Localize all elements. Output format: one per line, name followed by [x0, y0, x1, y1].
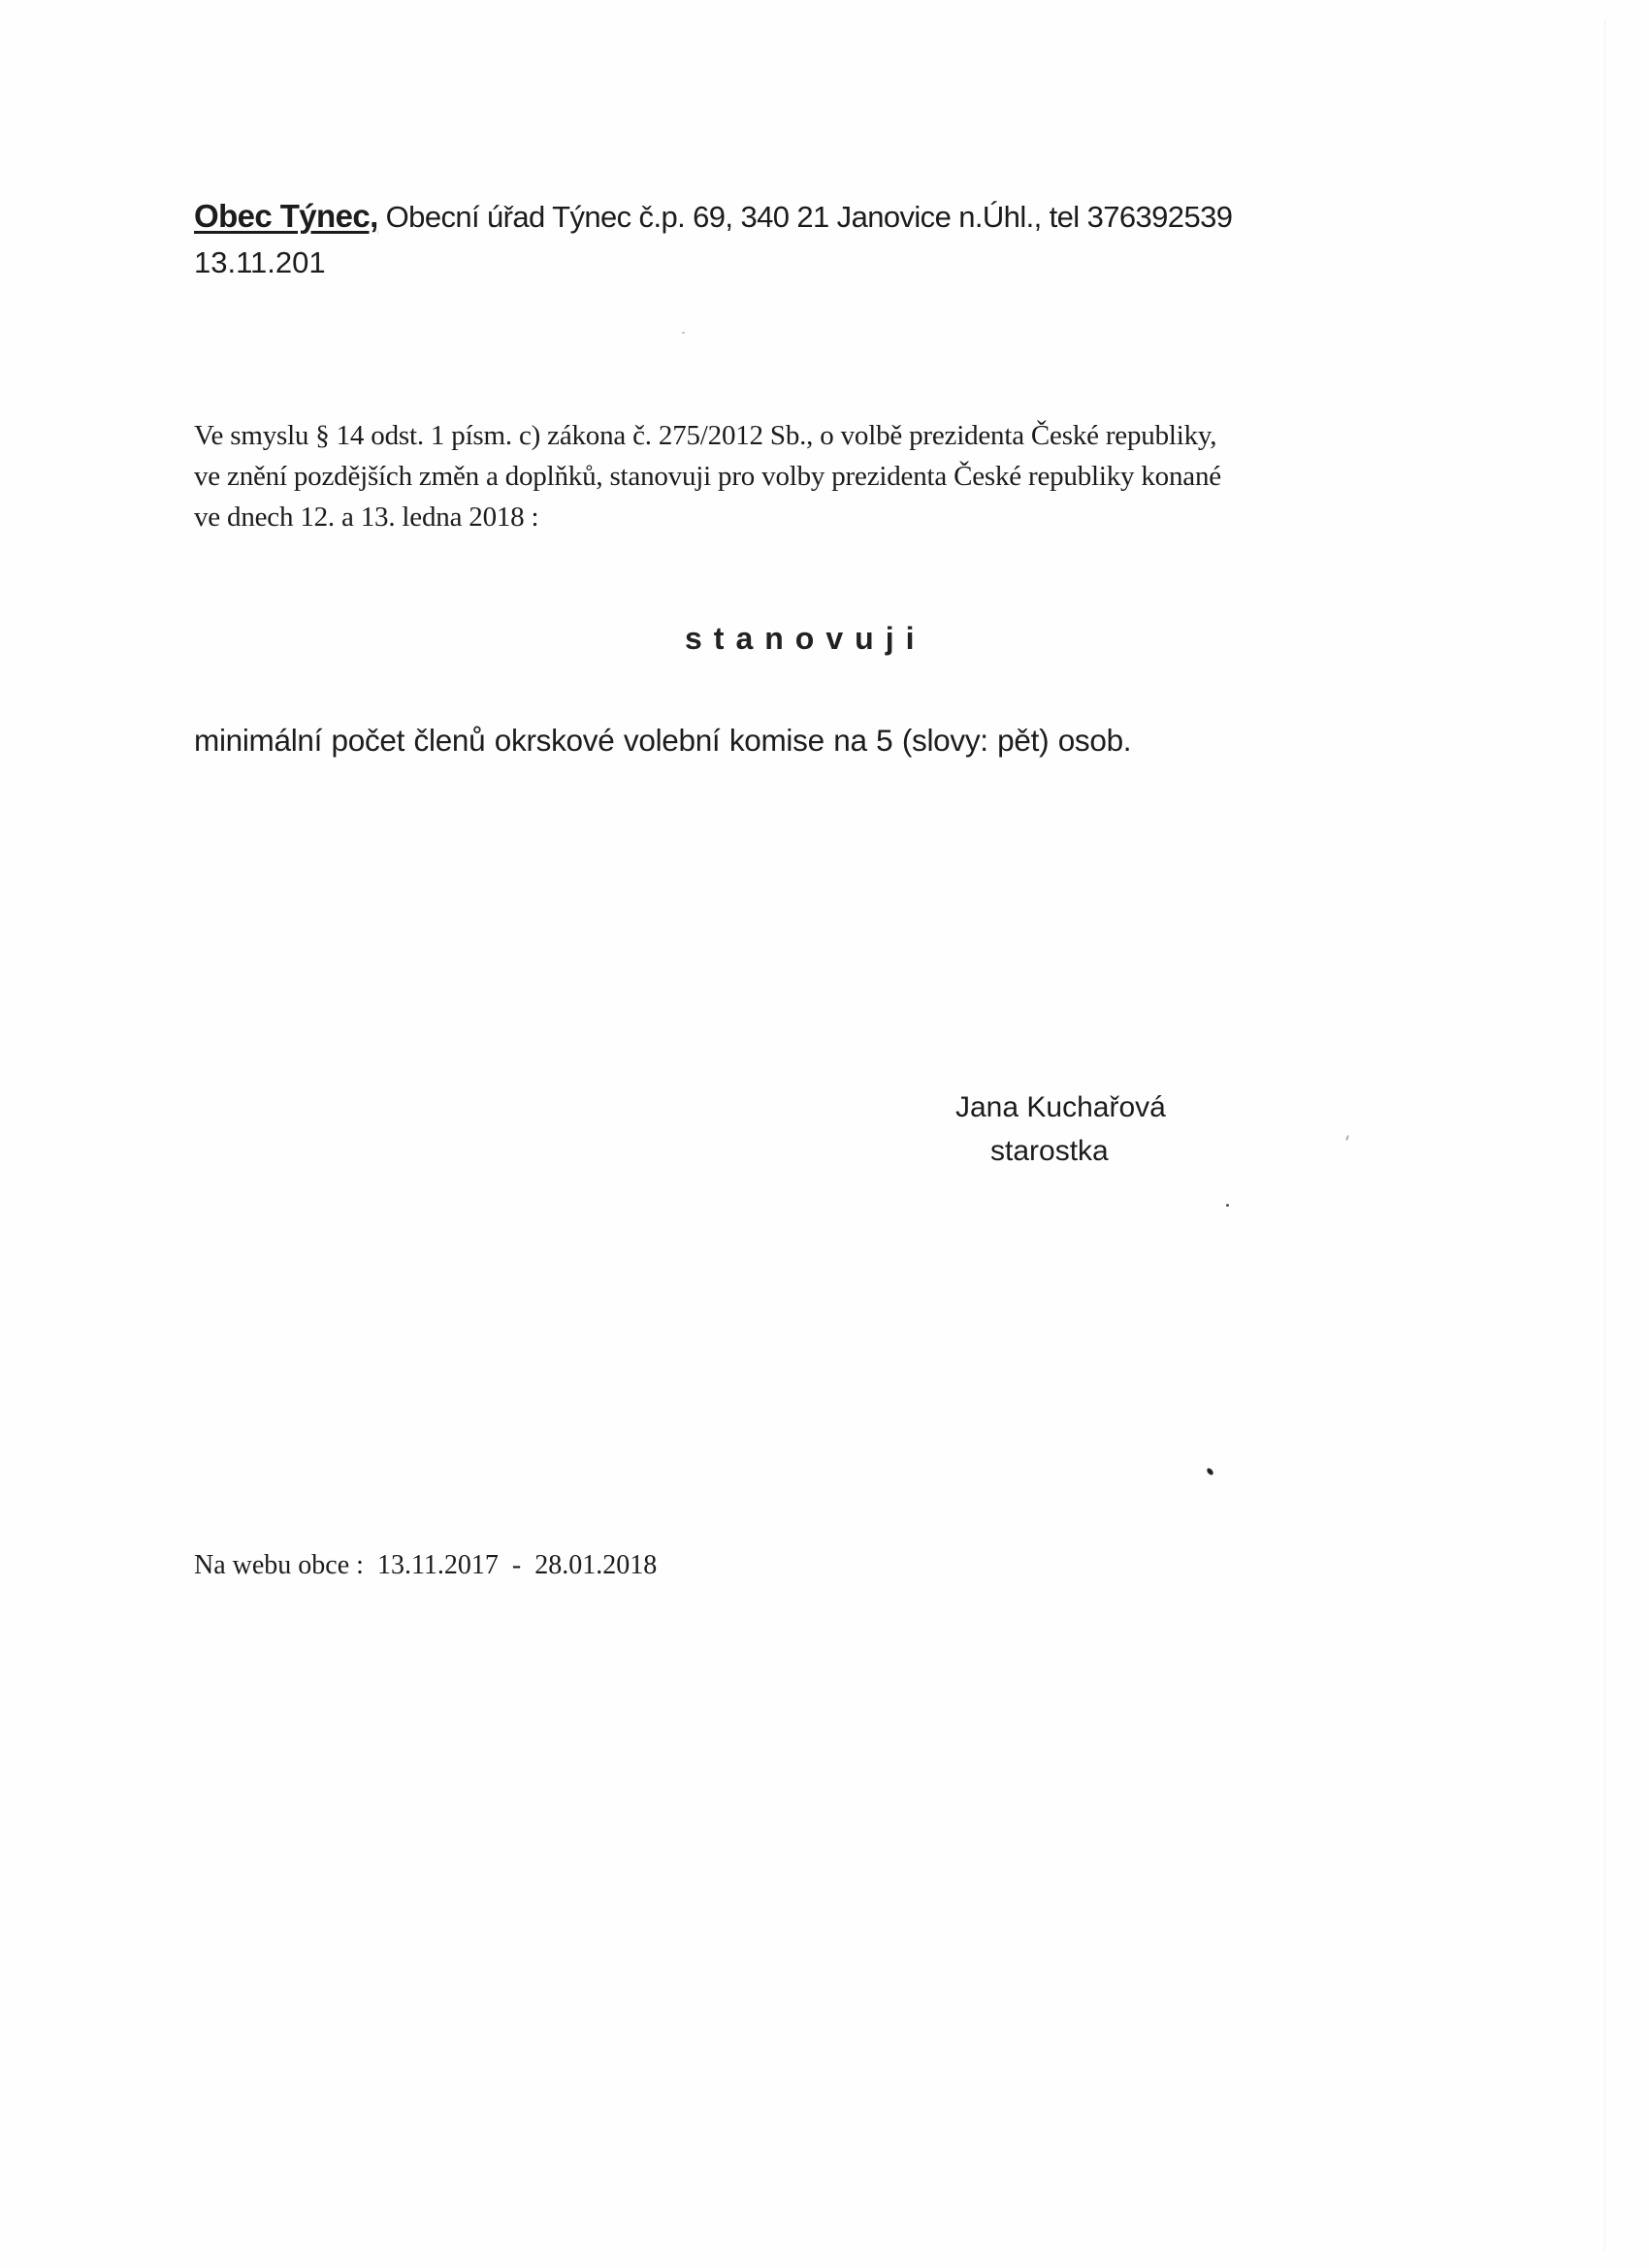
- paragraph-line: ve znění pozdějších změn a doplňků, stan…: [194, 456, 1221, 497]
- signatory-role: starostka: [990, 1135, 1109, 1168]
- publication-separator: -: [512, 1550, 521, 1580]
- publication-date-to: 28.01.2018: [534, 1550, 657, 1580]
- publication-date-from: 13.11.2017: [377, 1550, 499, 1580]
- decision-statement: minimální počet členů okrskové volební k…: [194, 723, 1131, 759]
- publication-note: Na webu obce : 13.11.2017 - 28.01.2018: [194, 1550, 657, 1581]
- paragraph-line: ve dnech 12. a 13. ledna 2018 :: [194, 497, 1221, 537]
- decision-heading: stanovuji: [685, 621, 925, 657]
- signatory-name: Jana Kuchařová: [955, 1091, 1166, 1124]
- legal-paragraph: Ve smyslu § 14 odst. 1 písm. c) zákona č…: [194, 415, 1221, 537]
- organization-name: Obec Týnec,: [194, 198, 378, 234]
- scan-speck: [1226, 1204, 1229, 1207]
- organization-address: Obecní úřad Týnec č.p. 69, 340 21 Janovi…: [378, 200, 1233, 234]
- publication-label: Na webu obce :: [194, 1550, 364, 1580]
- scan-speck: [1345, 1135, 1349, 1141]
- paragraph-line: Ve smyslu § 14 odst. 1 písm. c) zákona č…: [194, 415, 1221, 456]
- scan-speck: [1206, 1467, 1214, 1475]
- document-page: Obec Týnec, Obecní úřad Týnec č.p. 69, 3…: [0, 0, 1649, 2268]
- letterhead: Obec Týnec, Obecní úřad Týnec č.p. 69, 3…: [194, 194, 1232, 240]
- scan-edge-line: [1604, 19, 1605, 2251]
- scan-speck: [682, 332, 685, 334]
- document-date: 13.11.201: [194, 241, 326, 285]
